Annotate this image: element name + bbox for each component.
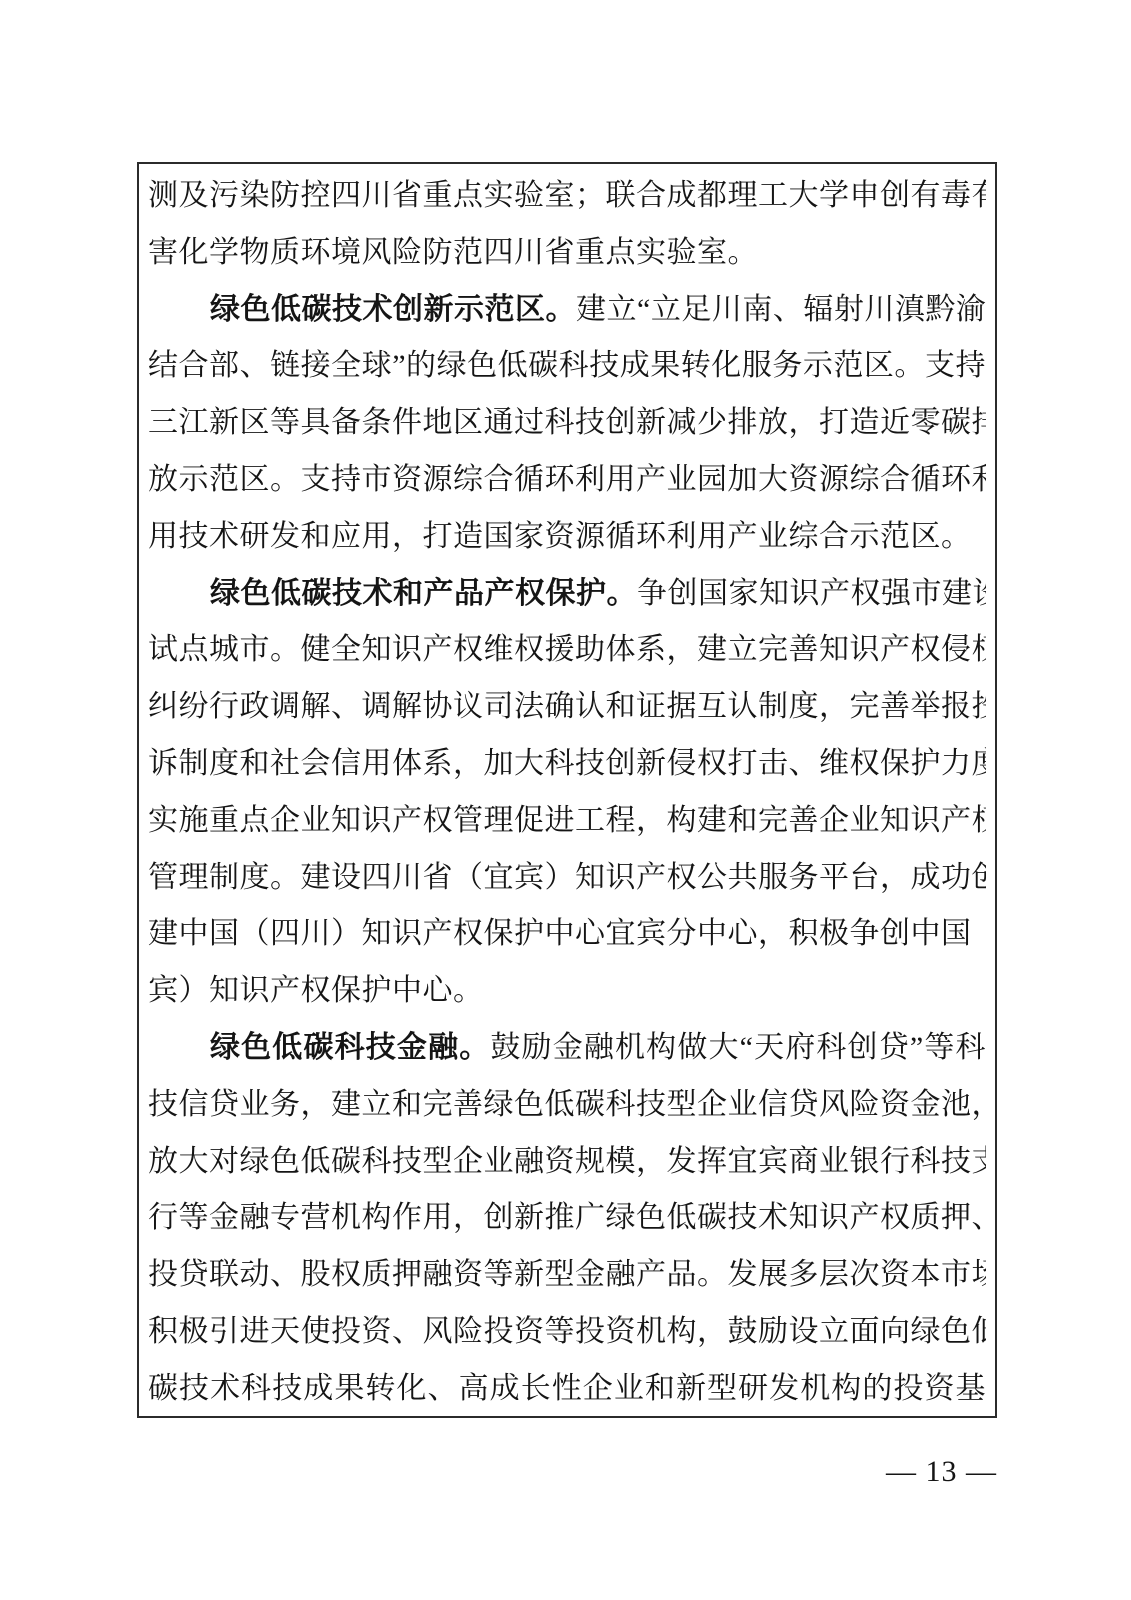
body-line: 用技术研发和应用，打造国家资源循环利用产业综合示范区。 bbox=[148, 509, 986, 566]
body-line: 宾）知识产权保护中心。 bbox=[148, 963, 986, 1020]
body-line: 实施重点企业知识产权管理促进工程，构建和完善企业知识产权 bbox=[148, 793, 986, 850]
body-line: 投贷联动、股权质押融资等新型金融产品。发展多层次资本市场， bbox=[148, 1247, 986, 1304]
page-number: — 13 — bbox=[886, 1452, 997, 1492]
body-line: 测及污染防控四川省重点实验室；联合成都理工大学申创有毒有 bbox=[148, 168, 986, 225]
body-line: 放大对绿色低碳科技型企业融资规模，发挥宜宾商业银行科技支 bbox=[148, 1134, 986, 1191]
section-heading: 绿色低碳技术和产品产权保护。 bbox=[210, 577, 637, 610]
body-line: 结合部、链接全球”的绿色低碳科技成果转化服务示范区。支持 bbox=[148, 338, 986, 395]
section-first-line: 绿色低碳科技金融。鼓励金融机构做大“天府科创贷”等科 bbox=[148, 1020, 986, 1077]
body-line: 技信贷业务，建立和完善绿色低碳科技型企业信贷风险资金池， bbox=[148, 1077, 986, 1134]
body-line: 行等金融专营机构作用，创新推广绿色低碳技术知识产权质押、 bbox=[148, 1190, 986, 1247]
body-line: 害化学物质环境风险防范四川省重点实验室。 bbox=[148, 225, 986, 282]
section-heading: 绿色低碳技术创新示范区。 bbox=[210, 293, 576, 326]
body-line: 建中国（四川）知识产权保护中心宜宾分中心，积极争创中国（宜 bbox=[148, 906, 986, 963]
section-lead-text: 争创国家知识产权强市建设 bbox=[637, 577, 986, 610]
body-line: 碳技术科技成果转化、高成长性企业和新型研发机构的投资基 bbox=[148, 1361, 986, 1418]
section-heading: 绿色低碳科技金融。 bbox=[210, 1031, 490, 1064]
text-border-box: 测及污染防控四川省重点实验室；联合成都理工大学申创有毒有 害化学物质环境风险防范… bbox=[137, 162, 997, 1418]
section-first-line: 绿色低碳技术和产品产权保护。争创国家知识产权强市建设 bbox=[148, 566, 986, 623]
body-line: 试点城市。健全知识产权维权援助体系，建立完善知识产权侵权 bbox=[148, 622, 986, 679]
body-line: 积极引进天使投资、风险投资等投资机构，鼓励设立面向绿色低 bbox=[148, 1304, 986, 1361]
section-first-line: 绿色低碳技术创新示范区。建立“立足川南、辐射川滇黔渝 bbox=[148, 282, 986, 339]
body-line: 诉制度和社会信用体系，加大科技创新侵权打击、维权保护力度。 bbox=[148, 736, 986, 793]
document-page: 测及污染防控四川省重点实验室；联合成都理工大学申创有毒有 害化学物质环境风险防范… bbox=[0, 0, 1131, 1600]
body-line: 纠纷行政调解、调解协议司法确认和证据互认制度，完善举报投 bbox=[148, 679, 986, 736]
body-line: 管理制度。建设四川省（宜宾）知识产权公共服务平台，成功创 bbox=[148, 850, 986, 907]
body-line: 三江新区等具备条件地区通过科技创新减少排放，打造近零碳排 bbox=[148, 395, 986, 452]
body-line: 放示范区。支持市资源综合循环利用产业园加大资源综合循环利 bbox=[148, 452, 986, 509]
section-lead-text: 鼓励金融机构做大“天府科创贷”等科 bbox=[490, 1031, 986, 1064]
section-lead-text: 建立“立足川南、辐射川滇黔渝 bbox=[576, 293, 986, 326]
